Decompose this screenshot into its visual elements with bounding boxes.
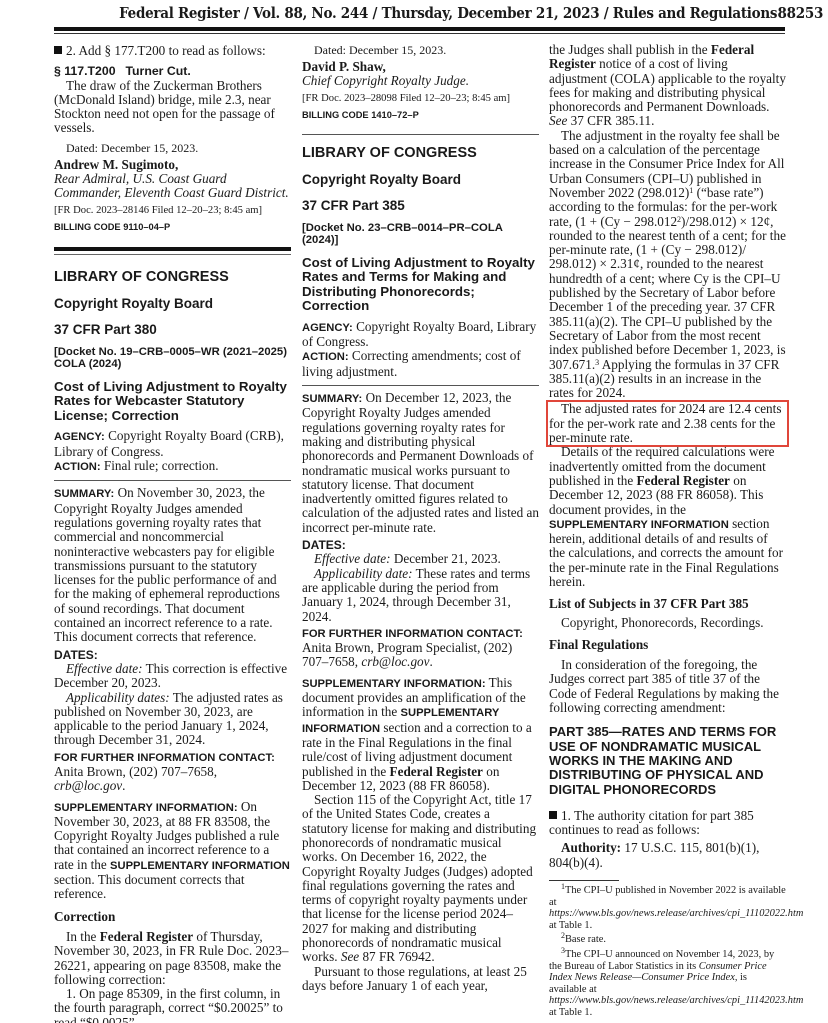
header-title: Federal Register / Vol. 88, No. 244 / Th… [119,5,777,22]
dates-label: DATES: [54,648,291,662]
sub-agency-heading: Copyright Royalty Board [302,172,539,188]
contact-info: Anita Brown, (202) 707–7658, crb@loc.gov… [54,765,291,794]
header-rule-thin [54,33,785,34]
document-title: Cost of Living Adjustment to Royalty Rat… [54,380,291,424]
signer-name: Andrew M. Sugimoto, [54,158,291,172]
fr-doc-citation: [FR Doc. 2023–28098 Filed 12–20–23; 8:45… [302,92,539,105]
applicability-date: Applicability date: These rates and term… [302,567,539,624]
agency-heading: LIBRARY OF CONGRESS [54,269,291,286]
supplementary-information: SUPPLEMENTARY INFORMATION: This document… [302,676,539,793]
preamble-separator [302,385,539,386]
pursuant-paragraph: Pursuant to those regulations, at least … [302,965,539,994]
action-line: ACTION: Final rule; correction. [54,459,291,474]
column-2: Dated: December 15, 2023. David P. Shaw,… [302,41,539,993]
docket-number: [Docket No. 19–CRB–0005–WR (2021–2025) C… [54,346,291,371]
document-separator-thin [54,254,291,255]
cfr-part-heading: 37 CFR Part 385 [302,198,539,214]
amend-instruction: 1. The authority citation for part 385 c… [549,809,786,838]
document-title: Cost of Living Adjustment to Royalty Rat… [302,256,539,314]
agency-heading: LIBRARY OF CONGRESS [302,145,539,162]
running-header: Federal Register / Vol. 88, No. 244 / Th… [54,5,734,25]
contact-label: FOR FURTHER INFORMATION CONTACT: [54,751,291,765]
footnote-rule [549,880,619,881]
cola-notice-paragraph: the Judges shall publish in the Federal … [549,43,786,129]
document-separator-thick [54,247,291,251]
effective-date: Effective date: This correction is effec… [54,662,291,691]
summary: SUMMARY: On December 12, 2023, the Copyr… [302,391,539,535]
contact-email-link[interactable]: crb@loc.gov [54,778,122,793]
summary: SUMMARY: On November 30, 2023, the Copyr… [54,486,291,644]
footnote-3: 3The CPI–U announced on November 14, 202… [549,949,786,1019]
signer-title: Rear Admiral, U.S. Coast Guard Commander… [54,172,291,201]
document-separator [302,134,539,135]
billing-code: BILLING CODE 1410–72–P [302,108,539,122]
bullet-square-icon [54,46,62,54]
contact-email-link[interactable]: crb@loc.gov [361,654,429,669]
authority-citation: Authority: 17 U.S.C. 115, 801(b)(1), 804… [549,841,786,870]
action-line: ACTION: Correcting amendments; cost of l… [302,349,539,379]
signer-title: Chief Copyright Royalty Judge. [302,74,539,88]
part-385-heading: PART 385—RATES AND TERMS FOR USE OF NOND… [549,725,786,796]
page-number: 88253 [778,5,824,22]
final-regulations-text: In consideration of the foregoing, the J… [549,658,786,715]
footnote-2: 2Base rate. [549,934,786,946]
correction-heading: Correction [54,910,291,924]
correction-item-1: 1. On page 85309, in the first column, i… [54,987,291,1023]
billing-code: BILLING CODE 9110–04–P [54,220,291,234]
subjects-list: Copyright, Phonorecords, Recordings. [549,616,786,630]
contact-label: FOR FURTHER INFORMATION CONTACT: [302,627,539,641]
applicability-dates: Applicability dates: The adjusted rates … [54,691,291,748]
highlighted-adjusted-rates: The adjusted rates for 2024 are 12.4 cen… [548,402,787,445]
footnote-1-link[interactable]: https://www.bls.gov/news.release/archive… [549,908,803,919]
preamble-separator [54,480,291,481]
footnote-3-link[interactable]: https://www.bls.gov/news.release/archive… [549,995,803,1006]
docket-number: [Docket No. 23–CRB–0014–PR–COLA (2024)] [302,222,539,247]
omitted-details-paragraph: Details of the required calculations wer… [549,445,786,589]
final-regulations-heading: Final Regulations [549,638,786,652]
section-body: The draw of the Zuckerman Brothers (McDo… [54,79,291,136]
dates-label: DATES: [302,538,539,552]
section-115-paragraph: Section 115 of the Copyright Act, title … [302,793,539,965]
effective-date: Effective date: December 21, 2023. [302,552,539,566]
header-rule-thick [54,27,785,31]
footnote-ref-1[interactable]: 1 [689,186,693,195]
agency-line: AGENCY: Copyright Royalty Board, Library… [302,320,539,350]
bullet-square-icon [549,811,557,819]
sub-agency-heading: Copyright Royalty Board [54,296,291,312]
supplementary-information: SUPPLEMENTARY INFORMATION: On November 3… [54,800,291,902]
subjects-heading: List of Subjects in 37 CFR Part 385 [549,597,786,611]
footnote-1: 1The CPI–U published in November 2022 is… [549,885,786,931]
contact-info: Anita Brown, Program Specialist, (202) 7… [302,641,539,670]
federal-register-page: Federal Register / Vol. 88, No. 244 / Th… [54,0,785,1023]
dated: Dated: December 15, 2023. [54,142,291,155]
column-3: the Judges shall publish in the Federal … [549,41,786,1019]
correction-paragraph: In the Federal Register of Thursday, Nov… [54,930,291,987]
fr-doc-citation: [FR Doc. 2023–28146 Filed 12–20–23; 8:45… [54,204,291,217]
column-1: 2. Add § 177.T200 to read as follows: § … [54,41,291,1023]
dated: Dated: December 15, 2023. [302,44,539,57]
amend-instruction: 2. Add § 177.T200 to read as follows: [54,44,291,58]
agency-line: AGENCY: Copyright Royalty Board (CRB), L… [54,429,291,459]
signer-name: David P. Shaw, [302,60,539,74]
section-heading: § 117.T200 Turner Cut. [54,64,291,78]
cfr-part-heading: 37 CFR Part 380 [54,322,291,338]
footnote-ref-3[interactable]: 3 [595,358,599,367]
adjustment-formula-paragraph: The adjustment in the royalty fee shall … [549,129,786,401]
